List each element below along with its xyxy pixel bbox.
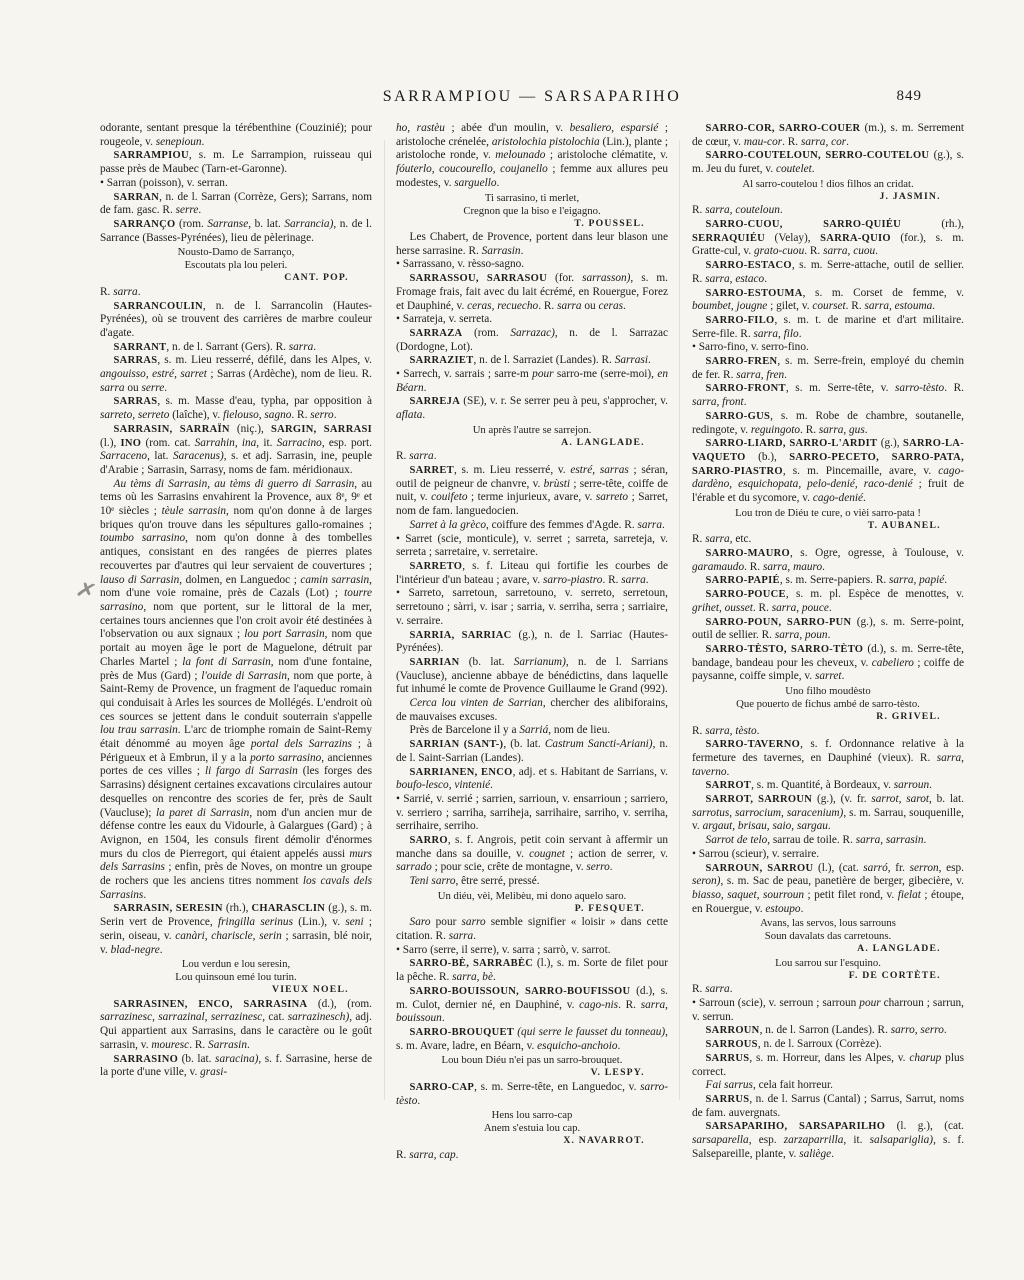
dictionary-entry: SARRO-COUTELOUN, SERRO-COUTELOU (g.), s.… xyxy=(692,149,964,176)
dictionary-entry: R. sarra, couteloun. xyxy=(692,204,964,218)
verse-quote: Ti sarrasino, ti merlet,Cregnon que la b… xyxy=(396,192,668,218)
page-header: SARRAMPIOU — SARSAPARIHO 849 xyxy=(100,88,964,114)
citation-author: J. JASMIN. xyxy=(692,191,964,204)
verse-quote: Uno filho moudèstoQue pouerto de fichus … xyxy=(692,685,964,711)
dictionary-entry: SARRASSOU, SARRASOU (for. sarrasson), s.… xyxy=(396,272,668,313)
dictionary-entry: Au tèms di Sarrasin, au tèms di guerro d… xyxy=(100,478,372,903)
dictionary-entry: SARRO-MAURO, s. Ogre, ogresse, à Toulous… xyxy=(692,547,964,574)
verse-quote: Hens lou sarro-capAnem s'estuia lou cap. xyxy=(396,1109,668,1135)
citation-author: V. LESPY. xyxy=(396,1067,668,1080)
dictionary-entry: SARRET, s. m. Lieu resserré, v. estré, s… xyxy=(396,464,668,519)
citation-author: VIEUX NOEL. xyxy=(100,984,372,997)
dictionary-entry: Cerca lou vinten de Sarrian, chercher de… xyxy=(396,697,668,724)
dictionary-entry: R. sarra, tèsto. xyxy=(692,725,964,739)
dictionary-entry: SARRANCOULIN, n. de l. Sarrancolin (Haut… xyxy=(100,300,372,341)
dictionary-entry: Près de Barcelone il y a Sarriá, nom de … xyxy=(396,724,668,738)
citation-author: T. AUBANEL. xyxy=(692,520,964,533)
dictionary-entry: R. sarra. xyxy=(100,286,372,300)
dictionary-entry: SARRANÇO (rom. Sarranse, b. lat. Sarranc… xyxy=(100,218,372,245)
dictionary-entry: SARROUS, n. de l. Sarroux (Corrèze). xyxy=(692,1038,964,1052)
verse-quote: Un après l'autre se sarrejon. xyxy=(396,424,668,437)
dictionary-entry: SARRO-LIARD, SARRO-L'ARDIT (g.), SARRO-L… xyxy=(692,437,964,506)
dictionary-entry: odorante, sentant presque la térébenthin… xyxy=(100,122,372,149)
dictionary-entry: Fai sarrus, cela fait horreur. xyxy=(692,1079,964,1093)
cross-reference-item: • Sarrié, v. serrié ; sarrien, sarrioun,… xyxy=(396,793,668,834)
dictionary-entry: SARRO-BOUISSOUN, SARRO-BOUFISSOU (d.), s… xyxy=(396,985,668,1026)
dictionary-entry: Sarrot de telo, sarrau de toile. R. sarr… xyxy=(692,834,964,848)
dictionary-entry: R. sarra, cap. xyxy=(396,1149,668,1163)
cross-reference-item: • Sarran (poisson), v. serran. xyxy=(100,177,372,191)
citation-author: A. LANGLADE. xyxy=(692,943,964,956)
cross-reference-item: • Sarrateja, v. serreta. xyxy=(396,313,668,327)
dictionary-entry: SARRIA, SARRIAC (g.), n. de l. Sarriac (… xyxy=(396,629,668,656)
dictionary-entry: Les Chabert, de Provence, portent dans l… xyxy=(396,231,668,258)
dictionary-entry: SARRAS, s. m. Masse d'eau, typha, par op… xyxy=(100,395,372,422)
verse-quote: Un diéu, vèi, Melibèu, mi dono aquelo sa… xyxy=(396,890,668,903)
cross-reference-item: • Sarro-fino, v. serro-fino. xyxy=(692,341,964,355)
dictionary-entry: SARRO-ESTOUMA, s. m. Corset de femme, v.… xyxy=(692,287,964,314)
dictionary-entry: R. sarra, etc. xyxy=(692,533,964,547)
citation-author: T. POUSSEL. xyxy=(396,218,668,231)
dictionary-entry: SARREJA (SE), v. r. Se serrer peu à peu,… xyxy=(396,395,668,422)
dictionary-entry: SARRO-PAPIÉ, s. m. Serre-papiers. R. sar… xyxy=(692,574,964,588)
verse-quote: Lou verdun e lou seresin,Lou quinsoun em… xyxy=(100,958,372,984)
dictionary-entry: SARRIAN (SANT-), (b. lat. Castrum Sancti… xyxy=(396,738,668,765)
citation-author: X. NAVARROT. xyxy=(396,1135,668,1148)
verse-quote: Lou boun Diéu n'ei pas un sarro-brouquet… xyxy=(396,1054,668,1067)
verse-quote: Avans, las servos, lous sarrounsSoun dav… xyxy=(692,917,964,943)
page-number: 849 xyxy=(897,88,923,105)
dictionary-entry: Teni sarro, être serré, pressé. xyxy=(396,875,668,889)
dictionary-entry: SARRO-COR, SARRO-COUER (m.), s. m. Serre… xyxy=(692,122,964,149)
dictionary-entry: SARRAZIET, n. de l. Sarraziet (Landes). … xyxy=(396,354,668,368)
citation-author: F. DE CORTÈTE. xyxy=(692,970,964,983)
verse-quote: Al sarro-coutelou ! dios filhos an crida… xyxy=(692,178,964,191)
dictionary-entry: SARRUS, n. de l. Sarrus (Cantal) ; Sarru… xyxy=(692,1093,964,1120)
dictionary-entry: R. sarra. xyxy=(692,983,964,997)
cross-reference-item: • Sarret (scie, monticule), v. serret ; … xyxy=(396,533,668,560)
dictionary-entry: SARRO-FRONT, s. m. Serre-tête, v. sarro-… xyxy=(692,382,964,409)
verse-quote: Lou sarrou sur l'esquino. xyxy=(692,957,964,970)
citation-author: CANT. POP. xyxy=(100,272,372,285)
citation-author: P. FESQUET. xyxy=(396,903,668,916)
dictionary-entry: SARRASIN, SERESIN (rh.), CHARASCLIN (g.)… xyxy=(100,902,372,957)
cross-reference-item: • Sarrassano, v. rèsso-sagno. xyxy=(396,258,668,272)
dictionary-entry: SARROT, s. m. Quantité, à Bordeaux, v. s… xyxy=(692,779,964,793)
dictionary-entry: SARRO-CUOU, SARRO-QUIÉU (rh.), SERRAQUIÉ… xyxy=(692,218,964,259)
citation-author: A. LANGLADE. xyxy=(396,437,668,450)
cross-reference-item: • Sarreto, sarretoun, sarretouno, v. ser… xyxy=(396,587,668,628)
verse-quote: Lou tron de Diéu te cure, o vièi sarro-p… xyxy=(692,507,964,520)
dictionary-entry: SARRO-GUS, s. m. Robe de chambre, soutan… xyxy=(692,410,964,437)
dictionary-entry: SARSAPARIHO, SARSAPARILHO (l. g.), (cat.… xyxy=(692,1120,964,1161)
dictionary-entry: SARRAS, s. m. Lieu resserré, défilé, dan… xyxy=(100,354,372,395)
dictionary-entry: SARRASINO (b. lat. saracina), s. f. Sarr… xyxy=(100,1053,372,1080)
dictionary-entry: SARRO, s. f. Angrois, petit coin servant… xyxy=(396,834,668,875)
dictionary-entry: SARRO-TÈSTO, SARRO-TÈTO (d.), s. m. Serr… xyxy=(692,643,964,684)
dictionary-entry: SARRAZA (rom. Sarrazac), n. de l. Sarraz… xyxy=(396,327,668,354)
text-column-2: ho, rastèu ; abée d'un moulin, v. besali… xyxy=(396,122,668,1262)
dictionary-entry: SARRO-FREN, s. m. Serre-frein, employé d… xyxy=(692,355,964,382)
cross-reference-item: • Sarro (serre, il serre), v. sarra ; sa… xyxy=(396,944,668,958)
dictionary-entry: R. sarra. xyxy=(396,450,668,464)
dictionary-entry: SARRO-BROUQUET (qui serre le fausset du … xyxy=(396,1026,668,1053)
dictionary-entry: Saro pour sarro semble signifier « loisi… xyxy=(396,916,668,943)
dictionary-entry: SARRO-FILO, s. m. t. de marine et d'art … xyxy=(692,314,964,341)
dictionary-entry: ho, rastèu ; abée d'un moulin, v. besali… xyxy=(396,122,668,191)
cross-reference-item: • Sarrou (scieur), v. serraire. xyxy=(692,848,964,862)
dictionary-entry: SARRUS, s. m. Horreur, dans les Alpes, v… xyxy=(692,1052,964,1079)
dictionary-entry: SARRO-TAVERNO, s. f. Ordonnance relative… xyxy=(692,738,964,779)
cross-reference-item: • Sarroun (scie), v. serroun ; sarroun p… xyxy=(692,997,964,1024)
text-columns: odorante, sentant presque la térébenthin… xyxy=(100,122,964,1262)
dictionary-entry: SARRO-POUN, SARRO-PUN (g.), s. m. Serre-… xyxy=(692,616,964,643)
dictionary-entry: SARROUN, SARROU (l.), (cat. sarró, fr. s… xyxy=(692,862,964,917)
scanned-dictionary-page: SARRAMPIOU — SARSAPARIHO 849 odorante, s… xyxy=(0,0,1024,1280)
pencil-mark: ✗ xyxy=(73,576,99,604)
dictionary-entry: SARROT, SARROUN (g.), (v. fr. sarrot, sa… xyxy=(692,793,964,834)
dictionary-entry: SARROUN, n. de l. Sarron (Landes). R. sa… xyxy=(692,1024,964,1038)
dictionary-entry: SARRIAN (b. lat. Sarrianum), n. de l. Sa… xyxy=(396,656,668,697)
dictionary-entry: SARRASINEN, ENCO, SARRASINA (d.), (rom. … xyxy=(100,998,372,1053)
running-title: SARRAMPIOU — SARSAPARIHO xyxy=(383,88,682,105)
dictionary-entry: SARRANT, n. de l. Sarrant (Gers). R. sar… xyxy=(100,341,372,355)
dictionary-entry: SARRASIN, SARRAÏN (niç.), SARGIN, SARRAS… xyxy=(100,423,372,478)
cross-reference-item: • Sarrech, v. sarrais ; sarre-m pour sar… xyxy=(396,368,668,395)
text-column-3: SARRO-COR, SARRO-COUER (m.), s. m. Serre… xyxy=(692,122,964,1262)
verse-quote: Nousto-Damo de Sarranço,Escoutats pla lo… xyxy=(100,246,372,272)
dictionary-entry: Sarret à la grèco, coiffure des femmes d… xyxy=(396,519,668,533)
text-column-1: odorante, sentant presque la térébenthin… xyxy=(100,122,372,1262)
dictionary-entry: SARRO-ESTACO, s. m. Serre-attache, outil… xyxy=(692,259,964,286)
dictionary-entry: SARRIANEN, ENCO, adj. et s. Habitant de … xyxy=(396,766,668,793)
dictionary-entry: SARRO-BÈ, SARRABÈC (l.), s. m. Sorte de … xyxy=(396,957,668,984)
dictionary-entry: SARRO-POUCE, s. m. pl. Espèce de menotte… xyxy=(692,588,964,615)
dictionary-entry: SARRAN, n. de l. Sarran (Corrèze, Gers);… xyxy=(100,191,372,218)
dictionary-entry: SARRETO, s. f. Liteau qui fortifie les c… xyxy=(396,560,668,587)
dictionary-entry: SARRO-CAP, s. m. Serre-tête, en Languedo… xyxy=(396,1081,668,1108)
citation-author: R. GRIVEL. xyxy=(692,711,964,724)
dictionary-entry: SARRAMPIOU, s. m. Le Sarrampion, ruissea… xyxy=(100,149,372,176)
